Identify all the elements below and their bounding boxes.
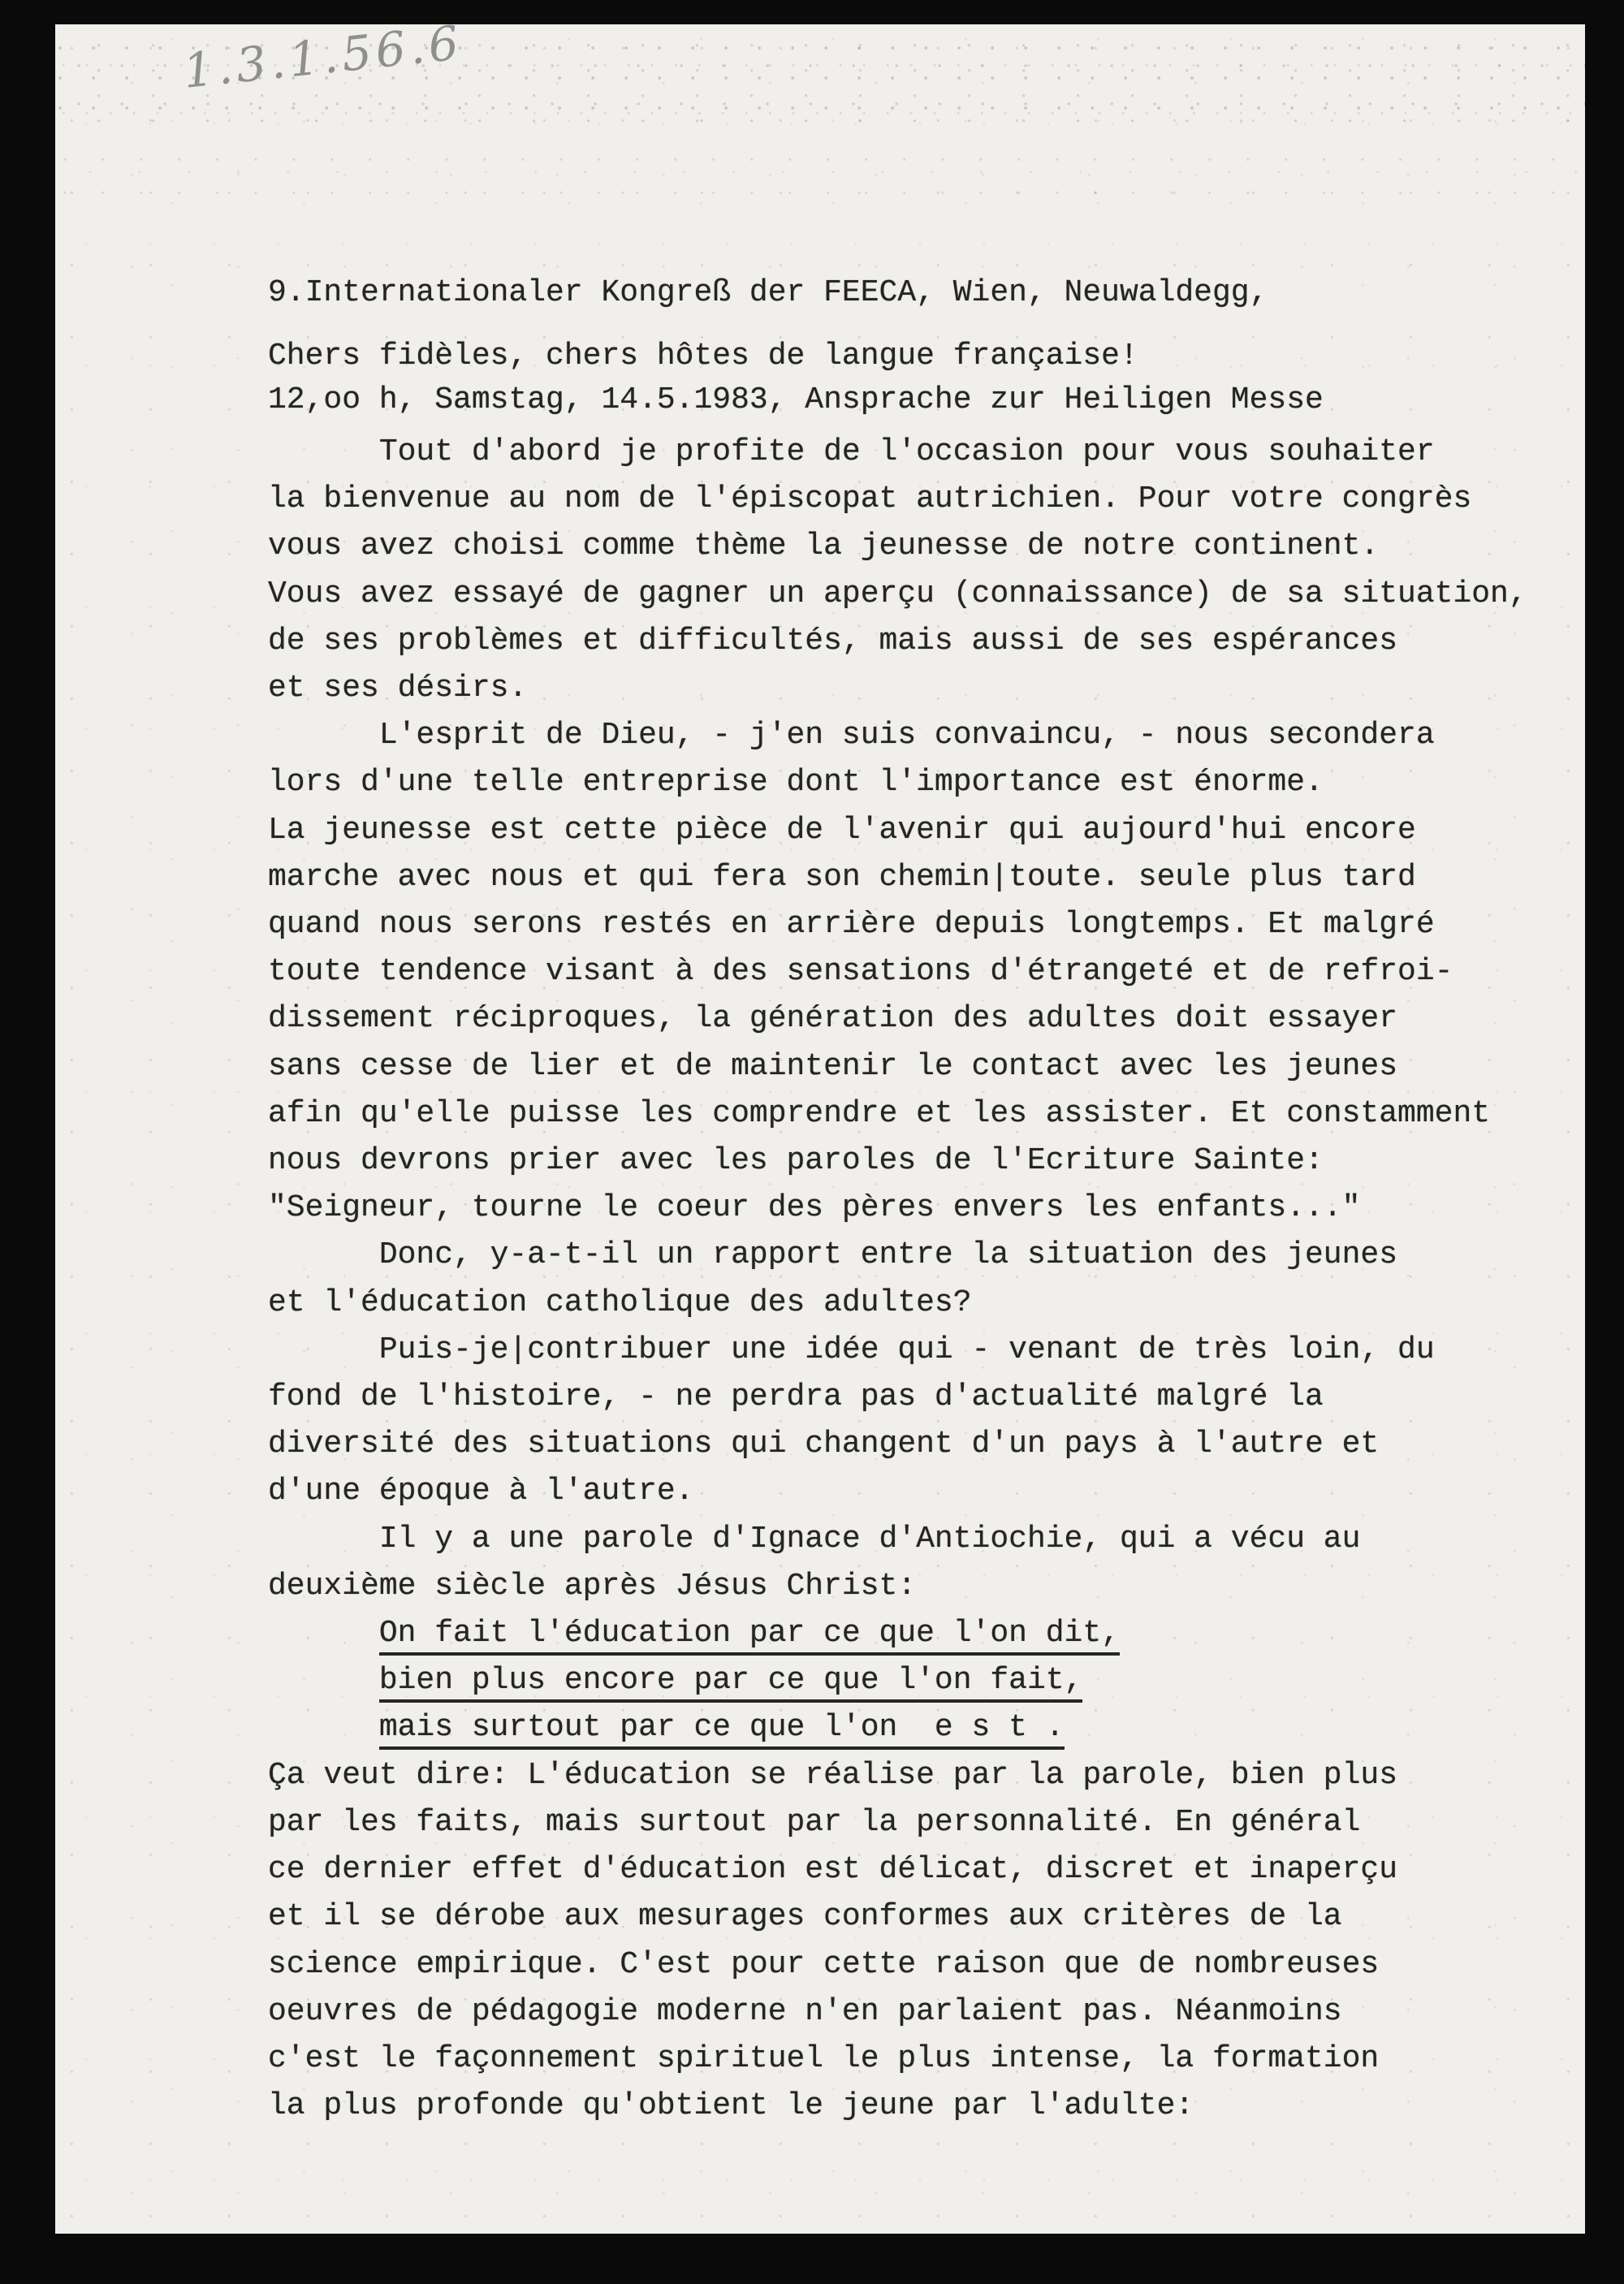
text-line: toute tendence visant à des sensations d… [268,948,1527,995]
body-text: d'une époque à l'autre. [268,1474,694,1509]
body-text: vous avez choisi comme thème la jeunesse… [268,529,1379,563]
text-line: vous avez choisi comme thème la jeunesse… [268,523,1527,570]
body-text: et ses désirs. [268,671,527,706]
body-text: science empirique. C'est pour cette rais… [268,1947,1379,1982]
text-line: sans cesse de lier et de maintenir le co… [268,1043,1527,1090]
body-text: Il y a une parole d'Ignace d'Antiochie, … [379,1522,1361,1556]
text-line: par les faits, mais surtout par la perso… [268,1799,1527,1846]
body-text: Ça veut dire: L'éducation se réalise par… [268,1758,1397,1793]
text-line: et il se dérobe aux mesurages conformes … [268,1893,1527,1941]
text-line: diversité des situations qui changent d'… [268,1421,1527,1468]
text-line: "Seigneur, tourne le coeur des pères env… [268,1185,1527,1232]
body-text: et l'éducation catholique des adultes? [268,1285,972,1320]
body-text: diversité des situations qui changent d'… [268,1427,1379,1462]
body-text: fond de l'histoire, - ne perdra pas d'ac… [268,1379,1324,1414]
text-line: Ça veut dire: L'éducation se réalise par… [268,1752,1527,1799]
text-line: oeuvres de pédagogie moderne n'en parlai… [268,1988,1527,2036]
body-text: nous devrons prier avec les paroles de l… [268,1143,1324,1178]
text-line: d'une époque à l'autre. [268,1468,1527,1515]
body-text: Donc, y-a-t-il un rapport entre la situa… [379,1237,1397,1272]
text-line: mais surtout par ce que l'on e s t . [268,1704,1527,1751]
text-line: la plus profonde qu'obtient le jeune par… [268,2083,1527,2130]
body-text: par les faits, mais surtout par la perso… [268,1805,1360,1840]
text-line: Il y a une parole d'Ignace d'Antiochie, … [268,1516,1527,1563]
body-text: ce dernier effet d'éducation est délicat… [268,1852,1397,1887]
text-line: marche avec nous et qui fera son chemin|… [268,854,1527,901]
text-line: lors d'une telle entreprise dont l'impor… [268,759,1527,806]
body-text: lors d'une telle entreprise dont l'impor… [268,765,1324,800]
text-line: Puis-je|contribuer une idée qui - venant… [268,1327,1527,1374]
body-text: deuxième siècle après Jésus Christ: [268,1569,916,1604]
body-text: sans cesse de lier et de maintenir le co… [268,1049,1397,1084]
text-line: La jeunesse est cette pièce de l'avenir … [268,807,1527,854]
text-line: deuxième siècle après Jésus Christ: [268,1563,1527,1610]
handwritten-archive-number: 1.3.1.56.6 [180,15,464,99]
text-line: dissement réciproques, la génération des… [268,995,1527,1043]
body-text: toute tendence visant à des sensations d… [268,954,1453,989]
text-line: bien plus encore par ce que l'on fait, [268,1657,1527,1704]
text-line: afin qu'elle puisse les comprendre et le… [268,1090,1527,1138]
scanned-document: 1.3.1.56.6 9.Internationaler Kongreß der… [0,0,1624,2284]
body-text: Tout d'abord je profite de l'occasion po… [379,434,1435,469]
body-text: oeuvres de pédagogie moderne n'en parlai… [268,1994,1342,2029]
text-line: et ses désirs. [268,665,1527,712]
header-line-2: 12,oo h, Samstag, 14.5.1983, Ansprache z… [268,382,1324,418]
document-body: Tout d'abord je profite de l'occasion po… [268,429,1527,2130]
underlined-quote-text: bien plus encore par ce que l'on fait, [379,1663,1083,1703]
body-text: afin qu'elle puisse les comprendre et le… [268,1096,1490,1131]
underlined-quote-text: mais surtout par ce que l'on e s t . [379,1710,1065,1750]
body-text: la bienvenue au nom de l'épiscopat autri… [268,481,1471,516]
body-text: dissement réciproques, la génération des… [268,1001,1397,1036]
text-line: quand nous serons restés en arrière depu… [268,901,1527,948]
text-line: science empirique. C'est pour cette rais… [268,1941,1527,1988]
body-text: Vous avez essayé de gagner un aperçu (co… [268,576,1527,611]
text-line: ce dernier effet d'éducation est délicat… [268,1846,1527,1893]
text-line: Tout d'abord je profite de l'occasion po… [268,429,1527,476]
body-text: quand nous serons restés en arrière depu… [268,907,1435,942]
document-page: 1.3.1.56.6 9.Internationaler Kongreß der… [55,24,1585,2234]
text-line: la bienvenue au nom de l'épiscopat autri… [268,476,1527,523]
underlined-quote-text: On fait l'éducation par ce que l'on dit, [379,1616,1120,1656]
body-text: Puis-je|contribuer une idée qui - venant… [379,1332,1435,1367]
text-line: Donc, y-a-t-il un rapport entre la situa… [268,1232,1527,1279]
salutation-line: Chers fidèles, chers hôtes de langue fra… [268,333,1138,380]
body-text: de ses problèmes et difficultés, mais au… [268,624,1397,658]
text-line: Vous avez essayé de gagner un aperçu (co… [268,571,1527,618]
text-line: fond de l'histoire, - ne perdra pas d'ac… [268,1374,1527,1421]
body-text: La jeunesse est cette pièce de l'avenir … [268,813,1416,848]
body-text: et il se dérobe aux mesurages conformes … [268,1899,1342,1934]
text-line: et l'éducation catholique des adultes? [268,1280,1527,1327]
text-line: nous devrons prier avec les paroles de l… [268,1138,1527,1185]
body-text: c'est le façonnement spirituel le plus i… [268,2041,1379,2076]
text-line: de ses problèmes et difficultés, mais au… [268,618,1527,665]
text-line: c'est le façonnement spirituel le plus i… [268,2036,1527,2083]
body-text: marche avec nous et qui fera son chemin|… [268,860,1416,895]
body-text: la plus profonde qu'obtient le jeune par… [268,2088,1194,2123]
header-line-1: 9.Internationaler Kongreß der FEECA, Wie… [268,275,1324,311]
body-text: "Seigneur, tourne le coeur des pères env… [268,1190,1360,1225]
body-text: L'esprit de Dieu, - j'en suis convaincu,… [379,718,1435,753]
text-line: L'esprit de Dieu, - j'en suis convaincu,… [268,712,1527,759]
scan-noise-band-2 [55,146,1585,195]
text-line: On fait l'éducation par ce que l'on dit, [268,1610,1527,1657]
